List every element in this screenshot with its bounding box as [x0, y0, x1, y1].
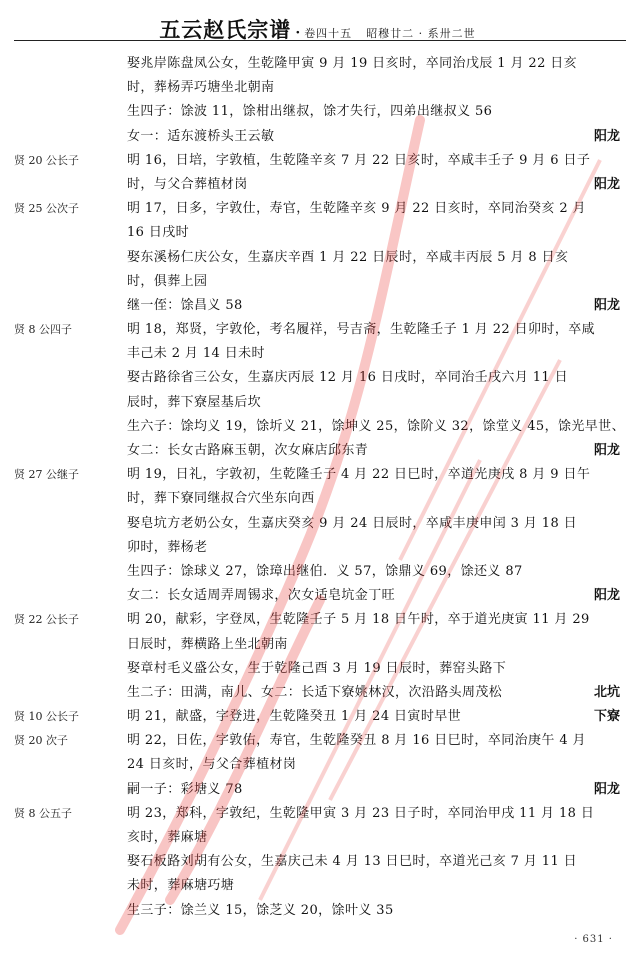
burial-place: 阳龙 — [594, 294, 620, 318]
entry-line: 贤 20 次子明 22，日佐，字敦佑，寿官，生乾隆癸丑 8 月 16 日巳时，卒… — [0, 729, 635, 753]
entry-text: 生三子：馀兰义 15，馀芝义 20，馀叶义 35 — [127, 899, 394, 923]
entry-text: 明 21，献盛，字登进，生乾隆癸丑 1 月 24 日寅时早世 — [127, 705, 461, 729]
lineage-label: 贤 10 公长子 — [14, 705, 79, 729]
entry-line: 生六子：馀均义 19，馀圻义 21，馀坤义 25，馀阶义 32，馀堂义 45，馀… — [0, 415, 635, 439]
entry-text: 时，俱葬上园 — [127, 270, 207, 294]
entry-text: 生二子：田满，南儿、女二：长适下寮姚林汉，次沿路头周茂松 — [127, 681, 502, 705]
page-number: · 631 · — [574, 934, 613, 945]
entry-text: 娶章村毛义盛公女，生于乾隆己酉 3 月 19 日辰时，葬窑头路下 — [127, 657, 506, 681]
entry-line: 嗣一子：彩塘义 78阳龙 — [0, 778, 635, 802]
entry-line: 娶皂坑方老奶公女，生嘉庆癸亥 9 月 24 日辰时，卒咸丰庚申闰 3 月 18 … — [0, 512, 635, 536]
entry-text: 娶东溪杨仁庆公女，生嘉庆辛酉 1 月 22 日辰时，卒咸丰丙辰 5 月 8 日亥 — [127, 246, 568, 270]
entry-text: 娶石板路刘胡有公女，生嘉庆己未 4 月 13 日巳时，卒道光己亥 7 月 11 … — [127, 850, 577, 874]
entry-line: 娶石板路刘胡有公女，生嘉庆己未 4 月 13 日巳时，卒道光己亥 7 月 11 … — [0, 850, 635, 874]
lineage-label: 贤 8 公四子 — [14, 318, 72, 342]
section-label: 昭穆廿二 · 系卅二世 — [366, 27, 476, 40]
entry-text: 辰时，葬下寮屋基后坎 — [127, 391, 261, 415]
entry-text: 时，葬杨弄巧塘坐北朝南 — [127, 76, 274, 100]
entry-line: 丰己未 2 月 14 日未时 — [0, 342, 635, 366]
entry-line: 女一：适东渡桥头王云敏阳龙 — [0, 125, 635, 149]
entry-text: 未时，葬麻塘巧塘 — [127, 874, 234, 898]
entry-line: 时，与父合葬植材岗阳龙 — [0, 173, 635, 197]
entry-text: 继一侄：馀昌义 58 — [127, 294, 243, 318]
entry-line: 16 日戌时 — [0, 221, 635, 245]
entry-text: 明 18，郑贤，字敦伦，考名履祥，号吉斋，生乾隆壬子 1 月 22 日卯时，卒咸 — [127, 318, 595, 342]
burial-place: 下寮 — [594, 705, 620, 729]
entry-line: 未时，葬麻塘巧塘 — [0, 874, 635, 898]
page-header: 五云赵氏宗谱·卷四十五昭穆廿二 · 系卅二世 — [0, 14, 635, 42]
entry-text: 女二：长女适周弄周锡求，次女适皂坑金丁旺 — [127, 584, 395, 608]
entry-line: 娶章村毛义盛公女，生于乾隆己酉 3 月 19 日辰时，葬窑头路下 — [0, 657, 635, 681]
entry-line: 时，俱葬上园 — [0, 270, 635, 294]
entry-text: 明 22，日佐，字敦佑，寿官，生乾隆癸丑 8 月 16 日巳时，卒同治庚午 4 … — [127, 729, 586, 753]
entry-text: 嗣一子：彩塘义 78 — [127, 778, 243, 802]
lineage-label: 贤 27 公继子 — [14, 463, 79, 487]
entry-line: 亥时，葬麻塘 — [0, 826, 635, 850]
entry-line: 24 日亥时，与父合葬植材岗 — [0, 753, 635, 777]
entry-text: 日辰时，葬横路上坐北朝南 — [127, 633, 288, 657]
lineage-label: 贤 20 公长子 — [14, 149, 79, 173]
lineage-label: 贤 8 公五子 — [14, 802, 72, 826]
entry-text: 女一：适东渡桥头王云敏 — [127, 125, 274, 149]
lineage-label: 贤 20 次子 — [14, 729, 68, 753]
entry-line: 贤 10 公长子明 21，献盛，字登进，生乾隆癸丑 1 月 24 日寅时早世下寮 — [0, 705, 635, 729]
entry-text: 卯时，葬杨老 — [127, 536, 207, 560]
entry-text: 明 20，献彩，字登凤，生乾隆壬子 5 月 18 日午时，卒于道光庚寅 11 月… — [127, 608, 590, 632]
entry-text: 丰己未 2 月 14 日未时 — [127, 342, 265, 366]
burial-place: 阳龙 — [594, 173, 620, 197]
entry-text: 明 19，日礼，字敦初，生乾隆壬子 4 月 22 日巳时，卒道光庚戌 8 月 9… — [127, 463, 590, 487]
entry-text: 生四子：馀球义 27，馀璋出继伯．义 57，馀鼎义 69，馀还义 87 — [127, 560, 523, 584]
entry-line: 贤 8 公五子明 23，郑科，字敦纪，生乾隆甲寅 3 月 23 日子时，卒同治甲… — [0, 802, 635, 826]
entry-line: 辰时，葬下寮屋基后坎 — [0, 391, 635, 415]
burial-place: 北坑 — [594, 681, 620, 705]
entry-line: 娶兆岸陈盘凤公女，生乾隆甲寅 9 月 19 日亥时，卒同治戊辰 1 月 22 日… — [0, 52, 635, 76]
burial-place: 阳龙 — [594, 125, 620, 149]
entry-text: 16 日戌时 — [127, 221, 189, 245]
entry-line: 生三子：馀兰义 15，馀芝义 20，馀叶义 35 — [0, 899, 635, 923]
entry-text: 娶皂坑方老奶公女，生嘉庆癸亥 9 月 24 日辰时，卒咸丰庚申闰 3 月 18 … — [127, 512, 577, 536]
burial-place: 阳龙 — [594, 439, 620, 463]
entry-text: 娶兆岸陈盘凤公女，生乾隆甲寅 9 月 19 日亥时，卒同治戊辰 1 月 22 日… — [127, 52, 577, 76]
entry-text: 娶古路徐省三公女，生嘉庆丙辰 12 月 16 日戌时，卒同治壬戌六月 11 日 — [127, 366, 568, 390]
entry-line: 日辰时，葬横路上坐北朝南 — [0, 633, 635, 657]
entry-line: 女二：长女古路麻玉朝，次女麻店邱东青阳龙 — [0, 439, 635, 463]
lineage-label: 贤 22 公长子 — [14, 608, 79, 632]
entry-text: 明 17，日多，字敦仕，寿官，生乾隆辛亥 9 月 22 日亥时，卒同治癸亥 2 … — [127, 197, 586, 221]
entry-line: 卯时，葬杨老 — [0, 536, 635, 560]
burial-place: 阳龙 — [594, 584, 620, 608]
entry-line: 生二子：田满，南儿、女二：长适下寮姚林汉，次沿路头周茂松北坑 — [0, 681, 635, 705]
entry-text: 女二：长女古路麻玉朝，次女麻店邱东青 — [127, 439, 368, 463]
lineage-label: 贤 25 公次子 — [14, 197, 79, 221]
entry-line: 生四子：馀波 11，馀柑出继叔，馀才失行，四弟出继叔义 56 — [0, 100, 635, 124]
entry-text: 24 日亥时，与父合葬植材岗 — [127, 753, 296, 777]
volume-label: 卷四十五 — [304, 27, 352, 40]
entry-text: 时，与父合葬植材岗 — [127, 173, 248, 197]
entry-line: 贤 27 公继子明 19，日礼，字敦初，生乾隆壬子 4 月 22 日巳时，卒道光… — [0, 463, 635, 487]
entry-text: 明 16，日培，字敦植，生乾隆辛亥 7 月 22 日亥时，卒咸丰壬子 9 月 6… — [127, 149, 590, 173]
entry-line: 继一侄：馀昌义 58阳龙 — [0, 294, 635, 318]
entry-line: 时，葬杨弄巧塘坐北朝南 — [0, 76, 635, 100]
entry-line: 娶东溪杨仁庆公女，生嘉庆辛酉 1 月 22 日辰时，卒咸丰丙辰 5 月 8 日亥 — [0, 246, 635, 270]
entry-text: 时，葬下寮同继叔合穴坐东向西 — [127, 487, 315, 511]
entry-text: 生四子：馀波 11，馀柑出继叔，馀才失行，四弟出继叔义 56 — [127, 100, 492, 124]
entry-line: 贤 20 公长子明 16，日培，字敦植，生乾隆辛亥 7 月 22 日亥时，卒咸丰… — [0, 149, 635, 173]
entry-line: 贤 25 公次子明 17，日多，字敦仕，寿官，生乾隆辛亥 9 月 22 日亥时，… — [0, 197, 635, 221]
genealogy-title: 五云赵氏宗谱 — [159, 17, 291, 42]
entry-text: 亥时，葬麻塘 — [127, 826, 207, 850]
genealogy-entries: 娶兆岸陈盘凤公女，生乾隆甲寅 9 月 19 日亥时，卒同治戊辰 1 月 22 日… — [0, 52, 635, 923]
entry-text: 生六子：馀均义 19，馀圻义 21，馀坤义 25，馀阶义 32，馀堂义 45，馀… — [127, 415, 625, 439]
entry-line: 贤 8 公四子明 18，郑贤，字敦伦，考名履祥，号吉斋，生乾隆壬子 1 月 22… — [0, 318, 635, 342]
entry-text: 明 23，郑科，字敦纪，生乾隆甲寅 3 月 23 日子时，卒同治甲戌 11 月 … — [127, 802, 594, 826]
entry-line: 女二：长女适周弄周锡求，次女适皂坑金丁旺阳龙 — [0, 584, 635, 608]
header-separator: · — [295, 25, 300, 41]
entry-line: 贤 22 公长子明 20，献彩，字登凤，生乾隆壬子 5 月 18 日午时，卒于道… — [0, 608, 635, 632]
entry-line: 娶古路徐省三公女，生嘉庆丙辰 12 月 16 日戌时，卒同治壬戌六月 11 日 — [0, 366, 635, 390]
entry-line: 时，葬下寮同继叔合穴坐东向西 — [0, 487, 635, 511]
header-rule — [14, 40, 626, 41]
burial-place: 阳龙 — [594, 778, 620, 802]
entry-line: 生四子：馀球义 27，馀璋出继伯．义 57，馀鼎义 69，馀还义 87 — [0, 560, 635, 584]
